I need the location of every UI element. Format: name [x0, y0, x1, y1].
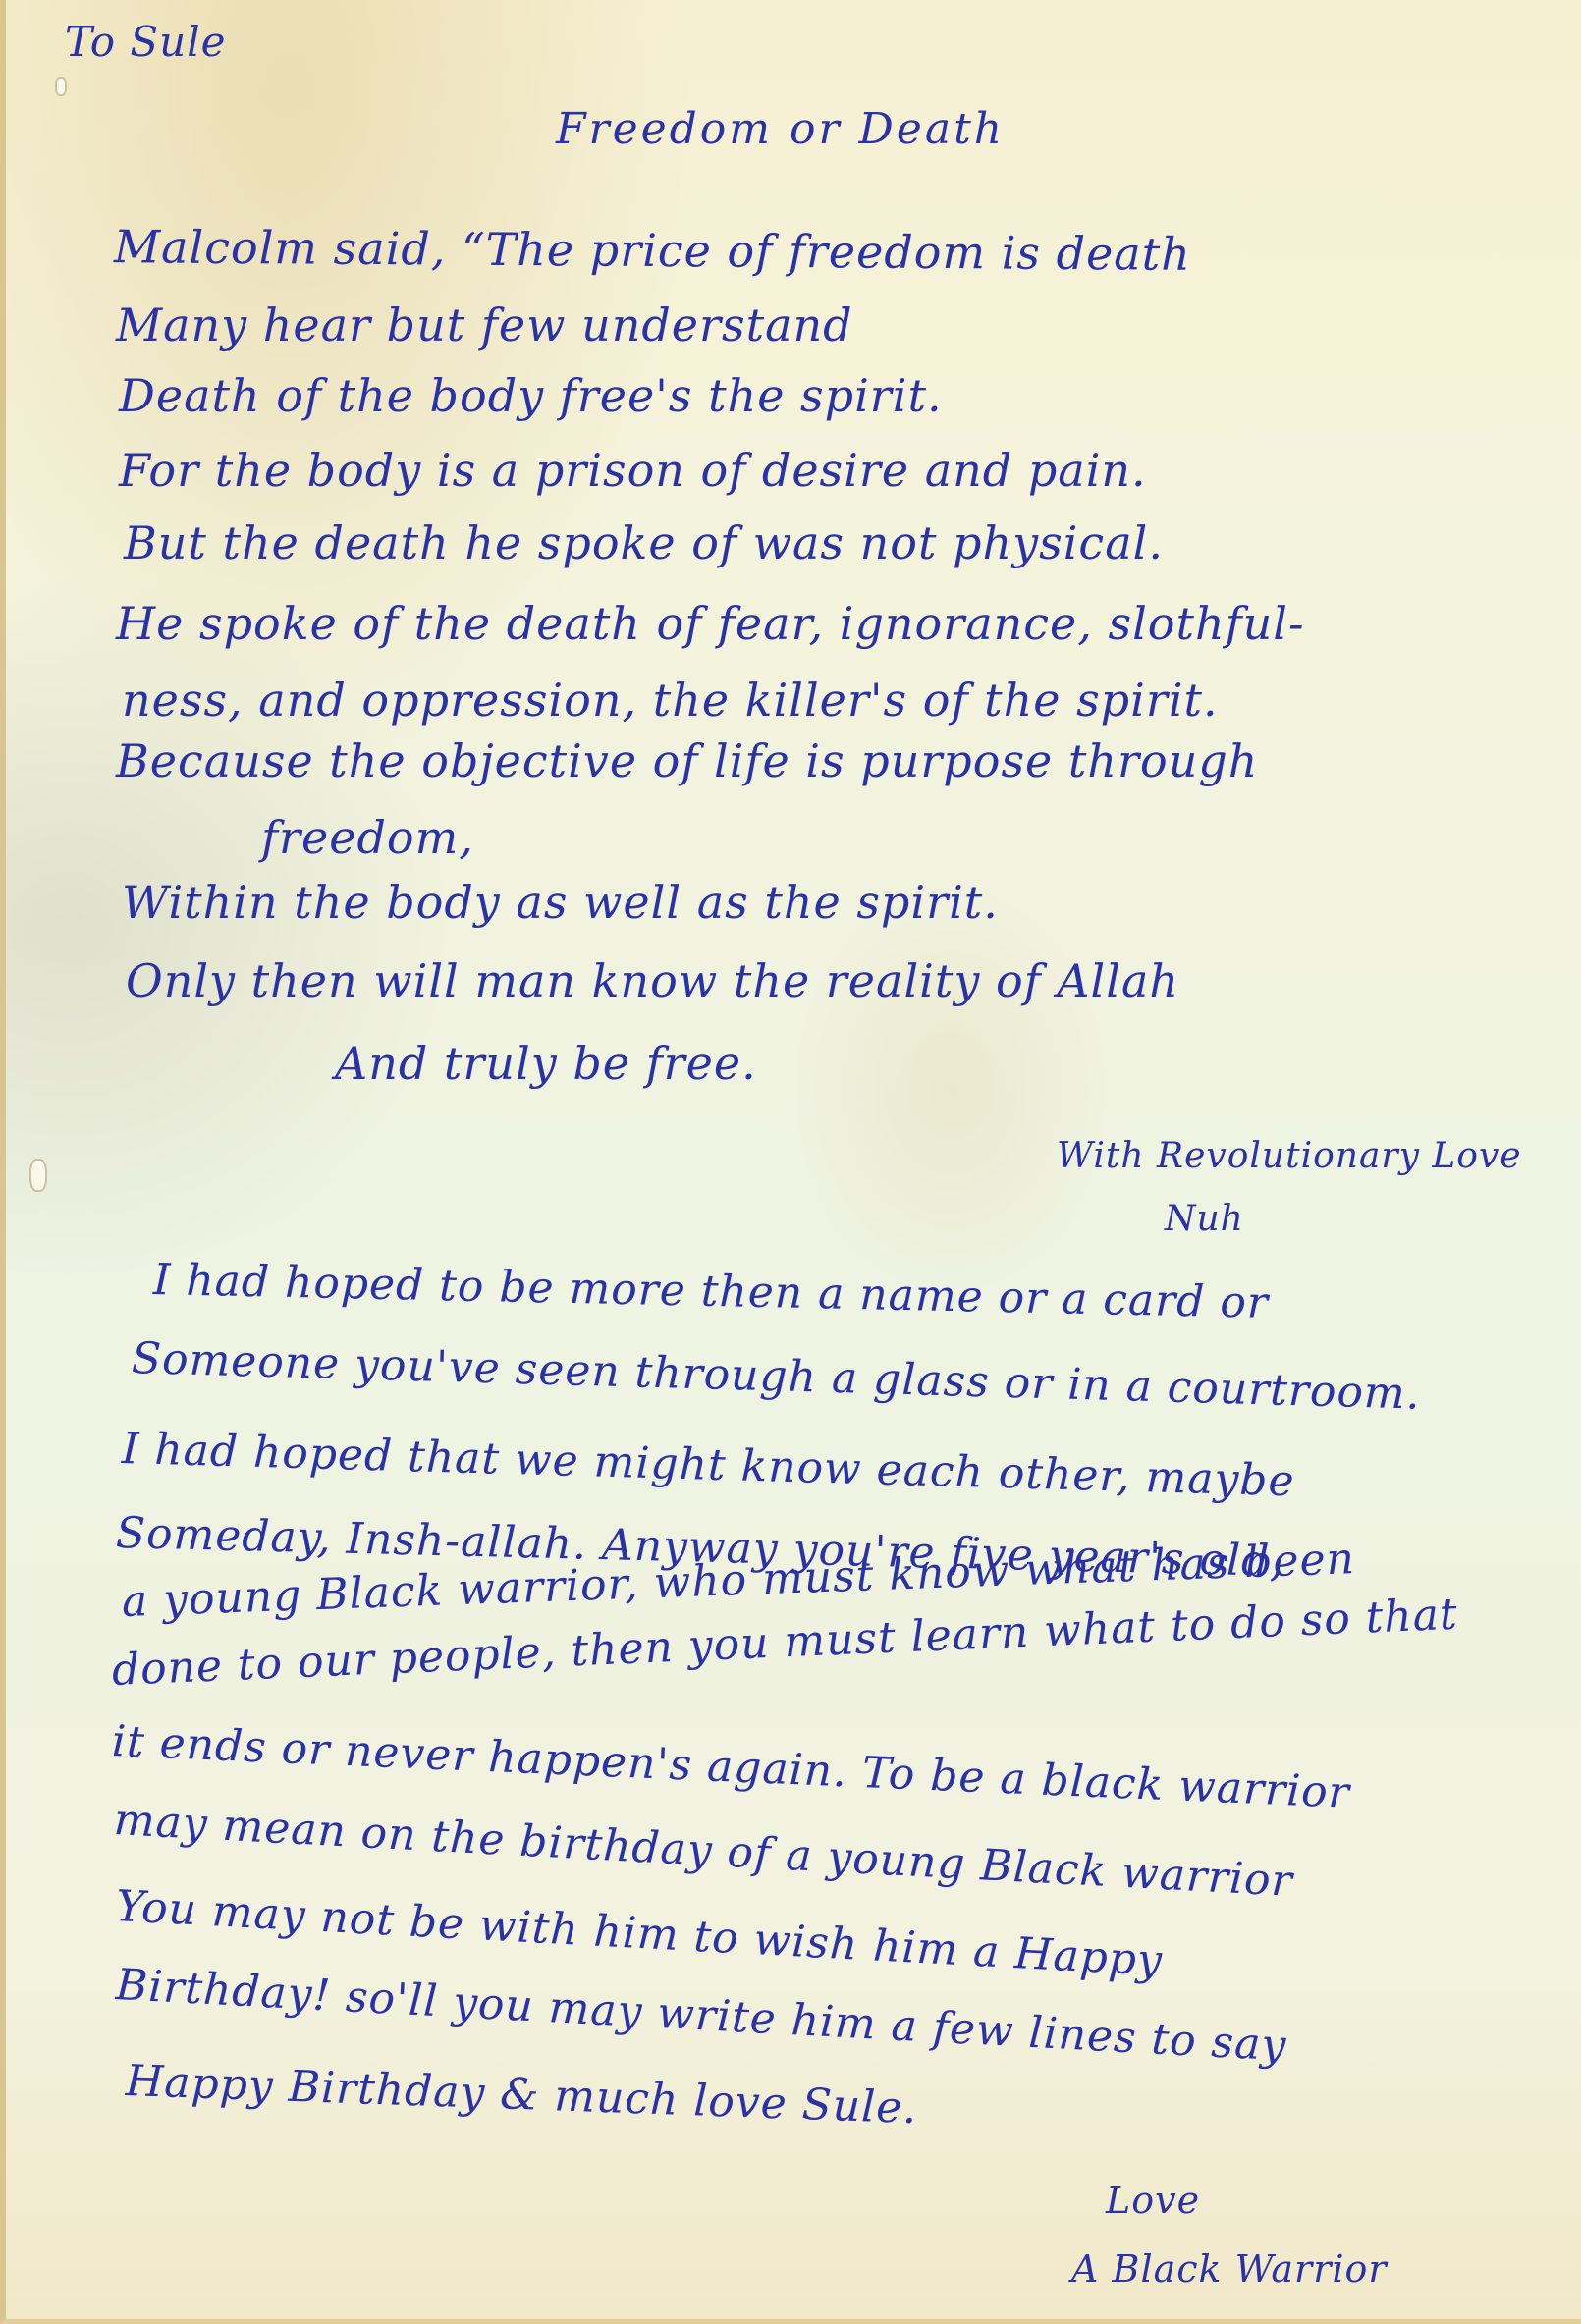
- poem-line: Within the body as well as the spirit.: [122, 880, 999, 925]
- poem-line: He spoke of the death of fear, ignorance…: [116, 601, 1305, 646]
- letter-closing: Love: [1106, 2182, 1200, 2219]
- letter-line: I had hoped to be more then a name or a …: [153, 1259, 1270, 1325]
- punch-hole: [29, 1159, 47, 1192]
- poem-line: freedom,: [261, 815, 474, 860]
- poem-line: But the death he spoke of was not physic…: [124, 520, 1164, 566]
- poem-title: Freedom or Death: [556, 108, 1005, 151]
- poem-line: Only then will man know the reality of A…: [126, 958, 1179, 1003]
- poem-line: Many hear but few understand: [116, 302, 853, 348]
- addressee: To Sule: [65, 22, 227, 63]
- letter-line: I had hoped that we might know each othe…: [121, 1428, 1295, 1503]
- poem-line: Malcolm said, “The price of freedom is d…: [114, 224, 1191, 277]
- poem-line: And truly be free.: [335, 1041, 757, 1086]
- letter-line: may mean on the birthday of a young Blac…: [113, 1799, 1294, 1904]
- letter-line: Someone you've seen through a glass or i…: [131, 1337, 1421, 1417]
- paper-blemish: [55, 77, 67, 96]
- poem-line: Death of the body free's the spirit.: [119, 373, 943, 418]
- poem-line: Because the objective of life is purpose…: [116, 738, 1258, 784]
- letter-signature: A Black Warrior: [1071, 2250, 1388, 2288]
- letter-paper: To Sule Freedom or Death Malcolm said, “…: [0, 0, 1581, 2324]
- poem-signature: Nuh: [1165, 1202, 1244, 1237]
- poem-closing: With Revolutionary Love: [1057, 1139, 1522, 1174]
- poem-line: For the body is a prison of desire and p…: [119, 448, 1147, 493]
- poem-line: ness, and oppression, the killer's of th…: [122, 677, 1219, 723]
- letter-line: Happy Birthday & much love Sule.: [125, 2060, 918, 2131]
- letter-line: it ends or never happen's again. To be a…: [111, 1720, 1350, 1815]
